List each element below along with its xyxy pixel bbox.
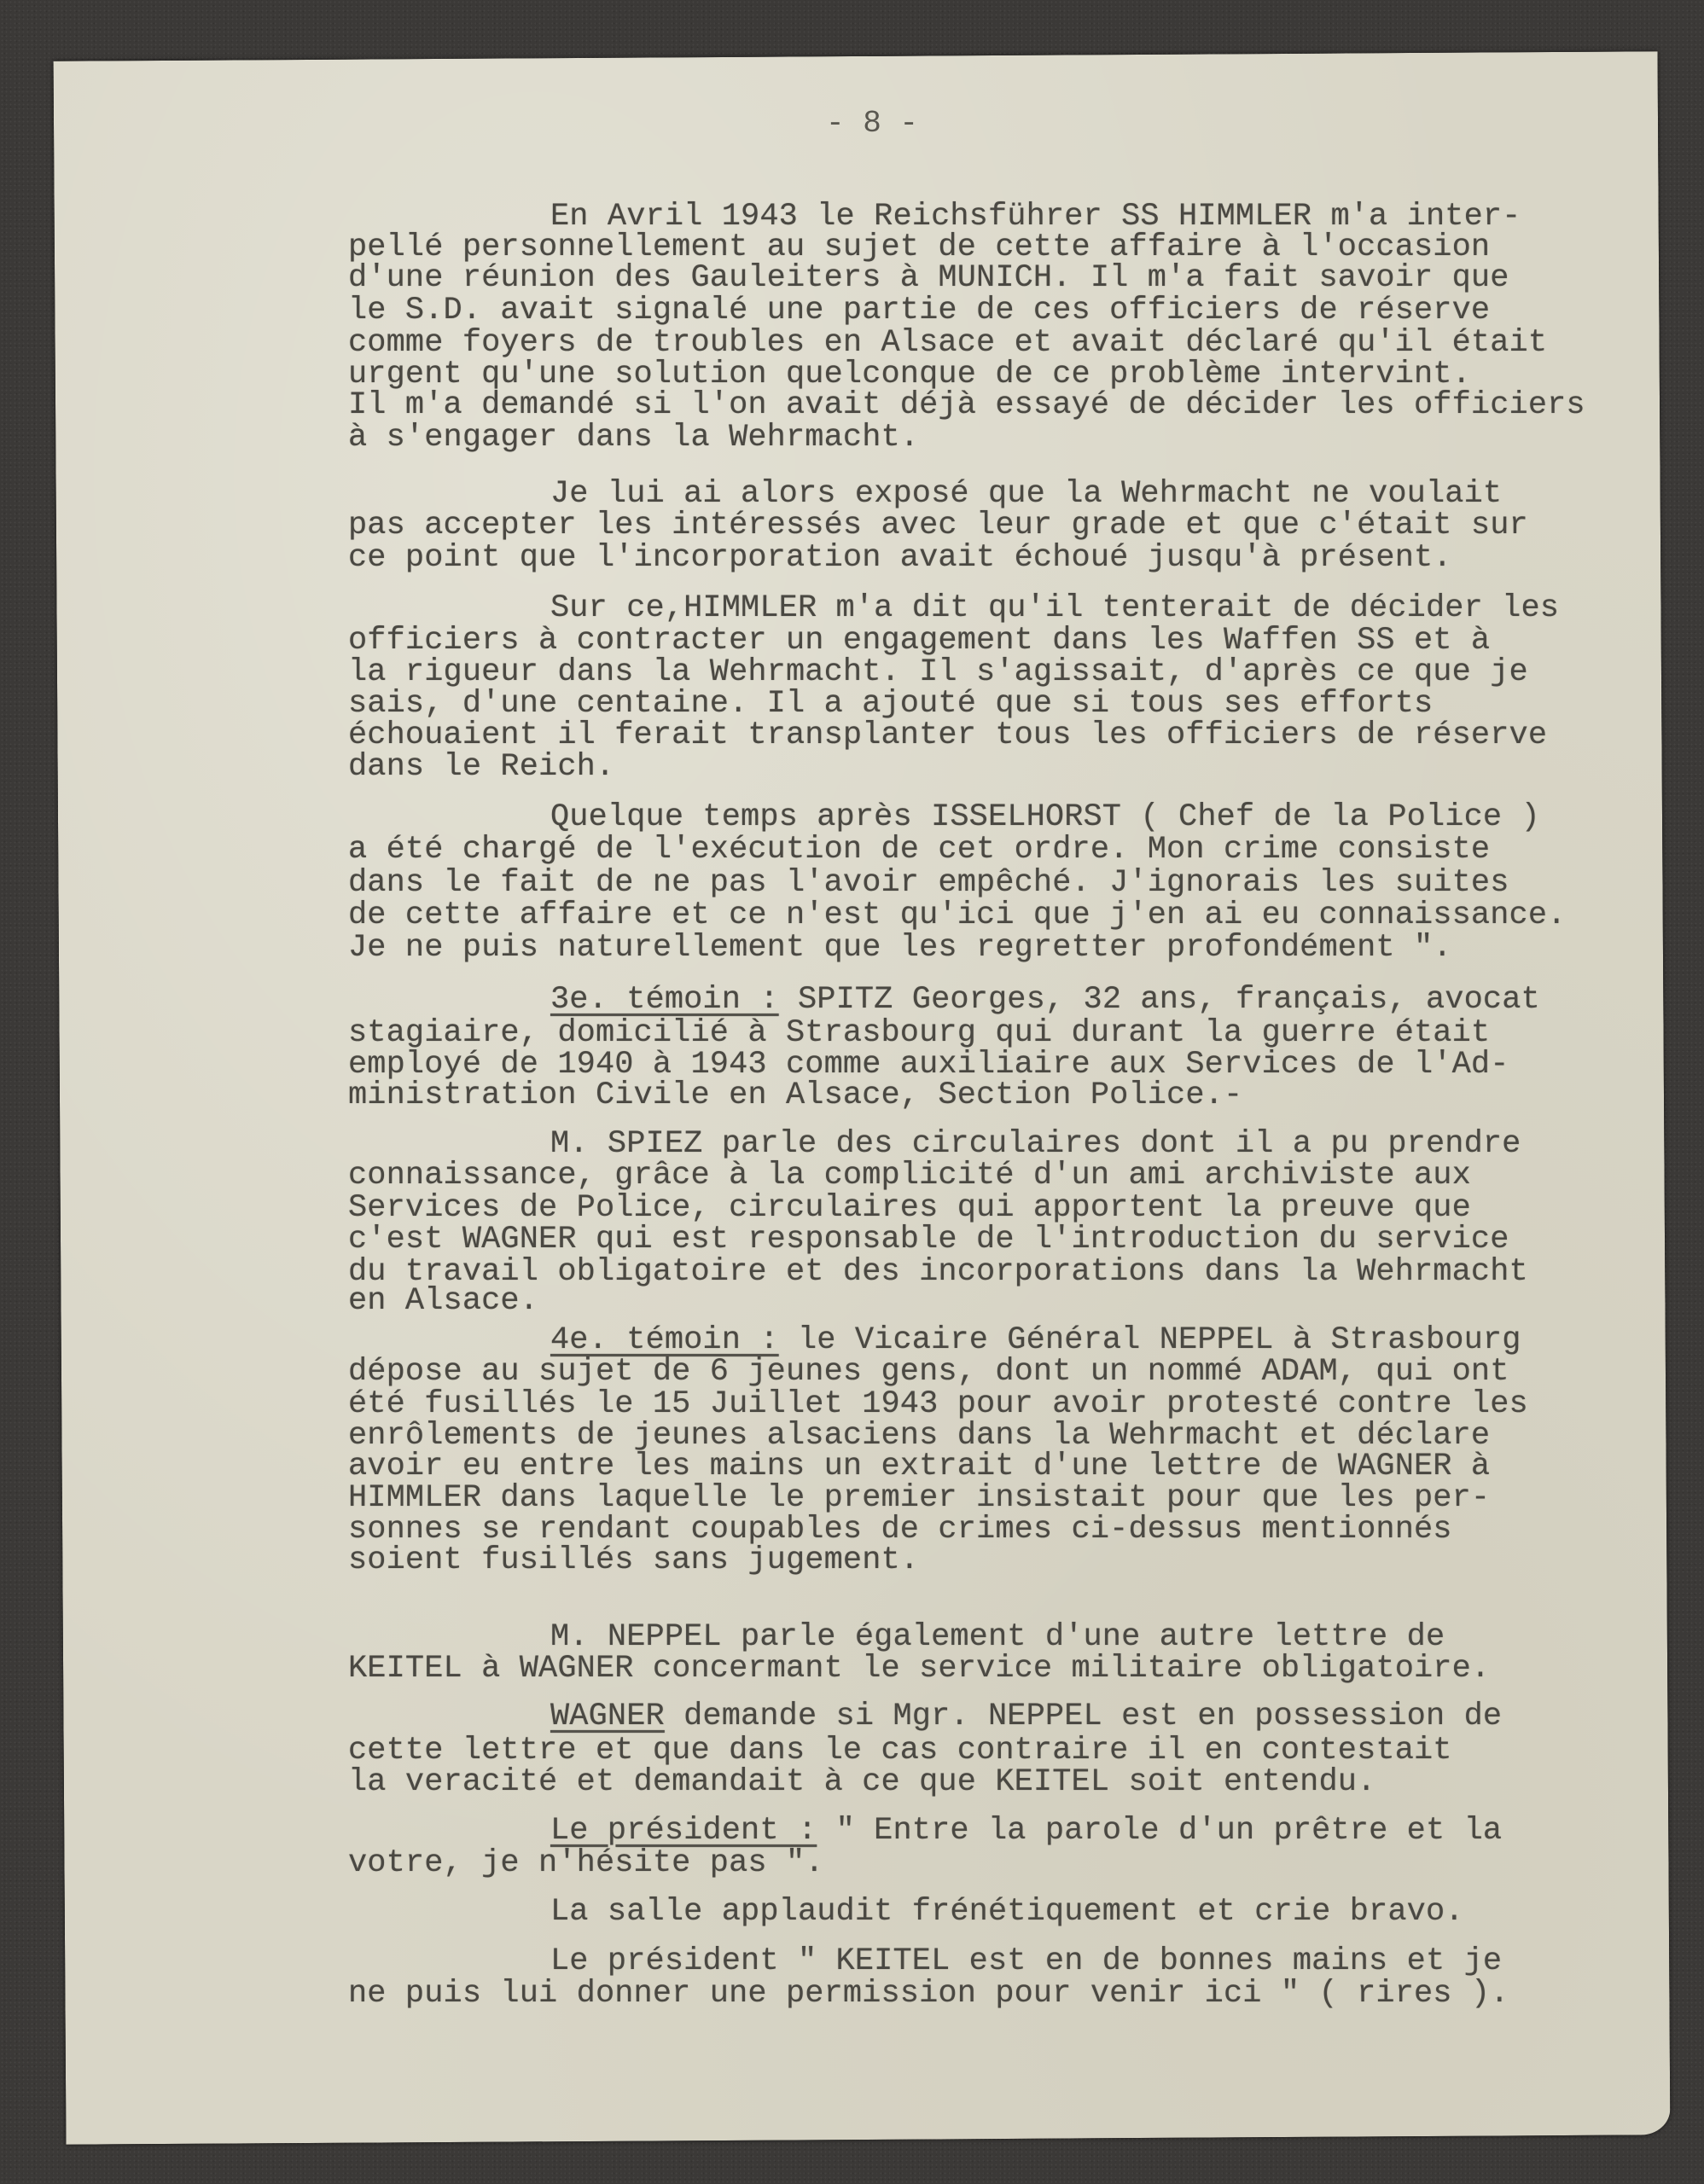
paragraph-1-line-7: Il m'a demandé si l'on avait déjà essayé…	[348, 390, 1585, 421]
paragraph-4-line-3: dans le fait de ne pas l'avoir empêché. …	[348, 868, 1509, 899]
paragraph-4-line-4: de cette affaire et ce n'est qu'ici que …	[348, 900, 1566, 932]
paragraph-2-line-2: pas accepter les intéressés avec leur gr…	[348, 510, 1528, 542]
paragraph-7-line-3: été fusillés le 15 Juillet 1943 pour avo…	[348, 1389, 1528, 1420]
paragraph-11-line-1: La salle applaudit frénétiquement et cri…	[550, 1896, 1464, 1928]
paragraph-3-line-6: dans le Reich.	[348, 752, 614, 783]
paragraph-4-line-5: Je ne puis naturellement que les regrett…	[348, 932, 1452, 964]
paragraph-3-line-1: Sur ce,HIMMLER m'a dit qu'il tenterait d…	[550, 593, 1559, 624]
paragraph-3-line-2: officiers à contracter un engagement dan…	[348, 625, 1490, 657]
witness-4-label: 4e. témoin :	[550, 1322, 779, 1358]
page-number: - 8 -	[826, 106, 918, 141]
paragraph-7-line-1: 4e. témoin : le Vicaire Général NEPPEL à…	[550, 1325, 1521, 1356]
paragraph-5-line-3: employé de 1940 à 1943 comme auxiliaire …	[348, 1049, 1509, 1081]
president-label: Le président :	[550, 1813, 817, 1849]
paragraph-7-line-4: enrôlements de jeunes alsaciens dans la …	[348, 1420, 1490, 1452]
paragraph-12-line-1: Le président " KEITEL est en de bonnes m…	[550, 1946, 1502, 1978]
paragraph-8-line-1: M. NEPPEL parle également d'une autre le…	[550, 1622, 1445, 1653]
paragraph-2-line-1: Je lui ai alors exposé que la Wehrmacht …	[550, 479, 1502, 510]
paragraph-6-line-4: c'est WAGNER qui est responsable de l'in…	[348, 1224, 1509, 1256]
paragraph-8-line-2: KEITEL à WAGNER concermant le service mi…	[348, 1653, 1490, 1685]
paragraph-9-line-3: la veracité et demandait à ce que KEITEL…	[348, 1767, 1375, 1798]
paragraph-6-line-1: M. SPIEZ parle des circulaires dont il a…	[550, 1129, 1521, 1160]
paragraph-7-line-5: avoir eu entre les mains un extrait d'un…	[348, 1451, 1490, 1483]
paragraph-6-line-3: Services de Police, circulaires qui appo…	[348, 1193, 1471, 1224]
paragraph-10-line-2: votre, je n'hésite pas ".	[348, 1848, 824, 1879]
paragraph-1-line-3: d'une réunion des Gauleiters à MUNICH. I…	[348, 263, 1509, 294]
witness-4-intro: le Vicaire Général NEPPEL à Strasbourg	[779, 1322, 1521, 1358]
paragraph-3-line-5: échouaient il ferait transplanter tous l…	[348, 720, 1547, 752]
paragraph-2-line-3: ce point que l'incorporation avait échou…	[348, 543, 1452, 574]
paragraph-4-line-1: Quelque temps après ISSELHORST ( Chef de…	[550, 802, 1540, 834]
paragraph-5-line-4: ministration Civile en Alsace, Section P…	[348, 1080, 1242, 1112]
wagner-label: WAGNER	[550, 1699, 665, 1734]
paragraph-5-line-1: 3e. témoin : SPITZ Georges, 32 ans, fran…	[550, 985, 1540, 1016]
paragraph-1-line-1: En Avril 1943 le Reichsführer SS HIMMLER…	[550, 201, 1521, 233]
paragraph-6-line-6: en Alsace.	[348, 1286, 538, 1317]
paragraph-7-line-2: dépose au sujet de 6 jeunes gens, dont u…	[348, 1356, 1509, 1388]
paragraph-9-line-2: cette lettre et que dans le cas contrair…	[348, 1735, 1452, 1767]
paragraph-1-line-8: à s'engager dans la Wehrmacht.	[348, 422, 919, 454]
paragraph-9-line-1: WAGNER demande si Mgr. NEPPEL est en pos…	[550, 1701, 1502, 1733]
president-quote: " Entre la parole d'un prêtre et la	[817, 1813, 1502, 1849]
paragraph-1-line-5: comme foyers de troubles en Alsace et av…	[348, 328, 1547, 359]
paragraph-1-line-4: le S.D. avait signalé une partie de ces …	[348, 295, 1490, 327]
witness-3-intro: SPITZ Georges, 32 ans, français, avocat	[779, 982, 1540, 1018]
paragraph-6-line-2: connaissance, grâce à la complicité d'un…	[348, 1160, 1471, 1192]
paragraph-7-line-8: soient fusillés sans jugement.	[348, 1545, 919, 1577]
paragraph-3-line-4: sais, d'une centaine. Il a ajouté que si…	[348, 688, 1433, 720]
paragraph-5-line-2: stagiaire, domicilié à Strasbourg qui du…	[348, 1018, 1490, 1049]
paragraph-7-line-6: HIMMLER dans laquelle le premier insista…	[348, 1483, 1490, 1514]
paragraph-12-line-2: ne puis lui donner une permission pour v…	[348, 1978, 1509, 2010]
paragraph-4-line-2: a été chargé de l'exécution de cet ordre…	[348, 834, 1490, 866]
paragraph-1-line-6: urgent qu'une solution quelconque de ce …	[348, 359, 1471, 391]
paragraph-7-line-7: sonnes se rendant coupables de crimes ci…	[348, 1514, 1452, 1546]
paragraph-10-line-1: Le président : " Entre la parole d'un pr…	[550, 1815, 1502, 1847]
paragraph-3-line-3: la rigueur dans la Wehrmacht. Il s'agiss…	[348, 657, 1528, 688]
typed-text: - 8 - En Avril 1943 le Reichsführer SS H…	[0, 0, 1704, 2184]
witness-3-label: 3e. témoin :	[550, 982, 779, 1018]
wagner-question: demande si Mgr. NEPPEL est en possession…	[665, 1699, 1502, 1734]
paragraph-1-line-2: pellé personnellement au sujet de cette …	[348, 232, 1490, 264]
